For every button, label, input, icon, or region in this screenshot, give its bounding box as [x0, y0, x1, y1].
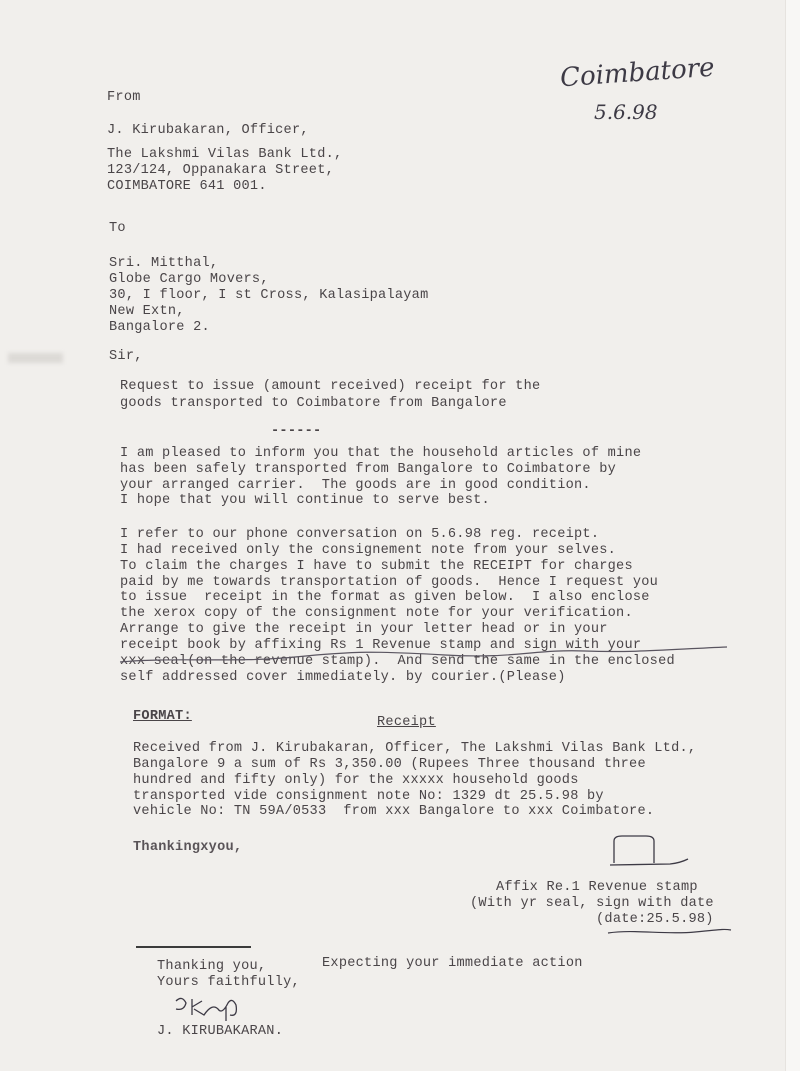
body-line: paid by me towards transportation of goo…	[120, 575, 658, 591]
body-line: has been safely transported from Bangalo…	[120, 462, 616, 478]
subject-line: goods transported to Coimbatore from Ban…	[120, 396, 507, 412]
date-underline	[605, 925, 735, 939]
receipt-line: Bangalore 9 a sum of Rs 3,350.00 (Rupees…	[133, 757, 646, 773]
handwritten-date: 5.6.98	[594, 100, 658, 124]
signer-name: J. KIRUBAKARAN.	[157, 1024, 283, 1040]
receipt-line: hundred and fifty only) for the xxxxx ho…	[133, 773, 579, 789]
stamp-note-line: (With yr seal, sign with date	[470, 896, 714, 912]
margin-smudge	[8, 353, 63, 363]
page-edge	[785, 0, 800, 1071]
body-line: I hope that you will continue to serve b…	[120, 493, 490, 509]
struck-closing: Thankingxyou,	[133, 840, 242, 856]
receipt-title: Receipt	[377, 715, 436, 731]
body-line: To claim the charges I have to submit th…	[120, 559, 633, 575]
recipient-address-line: Bangalore 2.	[109, 320, 210, 336]
receipt-line: Received from J. Kirubakaran, Officer, T…	[133, 741, 696, 757]
recipient-address-line: 30, I floor, I st Cross, Kalasipalayam	[109, 288, 429, 304]
salutation: Sir,	[109, 349, 143, 365]
sender-address-line: COIMBATORE 641 001.	[107, 179, 267, 195]
sender-address-line: The Lakshmi Vilas Bank Ltd.,	[107, 147, 342, 163]
recipient-address-line: Sri. Mitthal,	[109, 256, 218, 272]
from-label: From	[107, 90, 141, 106]
revenue-stamp-sketch	[600, 833, 700, 873]
receipt-line: transported vide consignment note No: 13…	[133, 789, 604, 805]
body-line: self addressed cover immediately. by cou…	[120, 670, 566, 686]
body-line: your arranged carrier. The goods are in …	[120, 478, 591, 494]
body-line: to issue receipt in the format as given …	[120, 590, 650, 606]
sender-name: J. Kirubakaran, Officer,	[107, 123, 309, 139]
sender-address-line: 123/124, Oppanakara Street,	[107, 163, 334, 179]
closing-yours: Yours faithfully,	[157, 975, 300, 991]
body-line: the xerox copy of the consignment note f…	[120, 606, 633, 622]
to-label: To	[109, 221, 126, 237]
subject-line: Request to issue (amount received) recei…	[120, 379, 540, 395]
receipt-line: vehicle No: TN 59A/0533 from xxx Bangalo…	[133, 804, 654, 820]
body-line: Arrange to give the receipt in your lett…	[120, 622, 608, 638]
body-line: I refer to our phone conversation on 5.6…	[120, 527, 599, 543]
body-line: I am pleased to inform you that the hous…	[120, 446, 641, 462]
subject-separator: ------	[271, 424, 321, 440]
closing-rule	[136, 946, 251, 948]
body-line: I had received only the consignement not…	[120, 543, 616, 559]
format-label: FORMAT:	[133, 709, 192, 725]
closing-thanks: Thanking you,	[157, 959, 266, 975]
closing-expecting: Expecting your immediate action	[322, 956, 583, 972]
stamp-note-line: Affix Re.1 Revenue stamp	[496, 880, 698, 896]
signature	[170, 993, 260, 1023]
handwritten-underline	[115, 645, 735, 667]
recipient-address-line: New Extn,	[109, 304, 185, 320]
recipient-address-line: Globe Cargo Movers,	[109, 272, 269, 288]
